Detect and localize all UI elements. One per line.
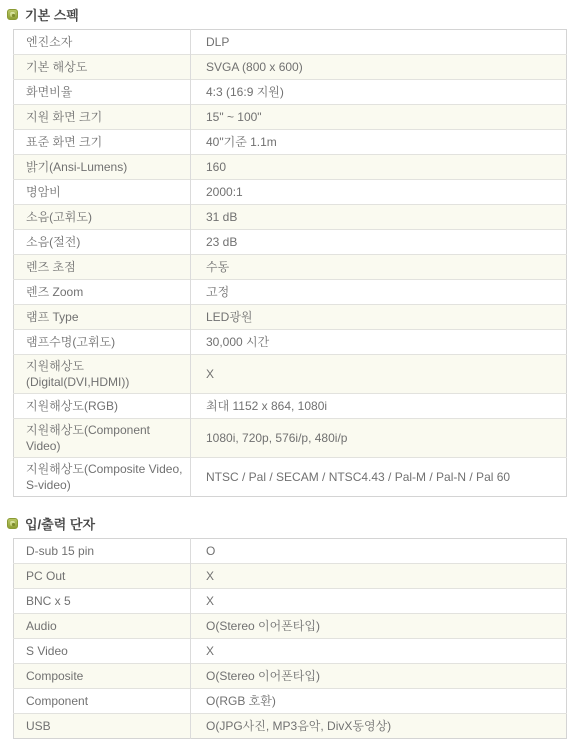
spec-label-cell: 지원해상도(Digital(DVI,HDMI)) bbox=[14, 355, 191, 394]
spec-value-cell: X bbox=[191, 355, 567, 394]
spec-value-cell: 160 bbox=[191, 155, 567, 180]
spec-label-cell: 렌즈 Zoom bbox=[14, 280, 191, 305]
spec-table-body: 엔진소자 DLP 기본 해상도 SVGA (800 x 600) 화면비율 4:… bbox=[14, 30, 567, 497]
spec-label-cell: 램프수명(고휘도) bbox=[14, 330, 191, 355]
spec-value-cell: 15" ~ 100" bbox=[191, 105, 567, 130]
table-row: Component O(RGB 호환) bbox=[14, 689, 567, 714]
sections-root: 기본 스펙 엔진소자 DLP 기본 해상도 SVGA (800 x 600) 화… bbox=[0, 0, 580, 739]
spec-value-cell: LED광원 bbox=[191, 305, 567, 330]
section-header: 기본 스펙 bbox=[7, 0, 580, 22]
spec-value-cell: 고정 bbox=[191, 280, 567, 305]
spec-value-cell: O bbox=[191, 539, 567, 564]
spec-label-cell: 지원 화면 크기 bbox=[14, 105, 191, 130]
table-row: 지원해상도(Digital(DVI,HDMI)) X bbox=[14, 355, 567, 394]
table-row: Audio O(Stereo 이어폰타입) bbox=[14, 614, 567, 639]
table-row: 기본 해상도 SVGA (800 x 600) bbox=[14, 55, 567, 80]
table-row: 화면비율 4:3 (16:9 지원) bbox=[14, 80, 567, 105]
spec-value-cell: DLP bbox=[191, 30, 567, 55]
spec-value-cell: 2000:1 bbox=[191, 180, 567, 205]
table-row: BNC x 5 X bbox=[14, 589, 567, 614]
spec-value-cell: 수동 bbox=[191, 255, 567, 280]
table-row: S Video X bbox=[14, 639, 567, 664]
table-row: 소음(고휘도) 31 dB bbox=[14, 205, 567, 230]
spec-value-cell: X bbox=[191, 639, 567, 664]
section-title: 입/출력 단자 bbox=[25, 514, 95, 533]
spec-table-body: D-sub 15 pin O PC Out X BNC x 5 X Audio … bbox=[14, 539, 567, 739]
spec-value-cell: NTSC / Pal / SECAM / NTSC4.43 / Pal-M / … bbox=[191, 458, 567, 497]
spec-section: 기본 스펙 엔진소자 DLP 기본 해상도 SVGA (800 x 600) 화… bbox=[0, 0, 580, 497]
spec-label-cell: Audio bbox=[14, 614, 191, 639]
spec-value-cell: 최대 1152 x 864, 1080i bbox=[191, 394, 567, 419]
spec-label-cell: 명암비 bbox=[14, 180, 191, 205]
table-row: 지원해상도(RGB) 최대 1152 x 864, 1080i bbox=[14, 394, 567, 419]
table-row: PC Out X bbox=[14, 564, 567, 589]
spec-table: 엔진소자 DLP 기본 해상도 SVGA (800 x 600) 화면비율 4:… bbox=[13, 29, 567, 497]
spec-label-cell: 지원해상도(Component Video) bbox=[14, 419, 191, 458]
spec-value-cell: O(Stereo 이어폰타입) bbox=[191, 614, 567, 639]
table-row: 표준 화면 크기 40"기준 1.1m bbox=[14, 130, 567, 155]
spec-value-cell: O(JPG사진, MP3음악, DivX동영상) bbox=[191, 714, 567, 739]
spec-label-cell: 기본 해상도 bbox=[14, 55, 191, 80]
spec-value-cell: O(Stereo 이어폰타입) bbox=[191, 664, 567, 689]
spec-value-cell: O(RGB 호환) bbox=[191, 689, 567, 714]
table-row: 렌즈 Zoom 고정 bbox=[14, 280, 567, 305]
section-header: 입/출력 단자 bbox=[7, 497, 580, 531]
spec-page: 기본 스펙 엔진소자 DLP 기본 해상도 SVGA (800 x 600) 화… bbox=[0, 0, 580, 745]
table-row: 엔진소자 DLP bbox=[14, 30, 567, 55]
spec-value-cell: 4:3 (16:9 지원) bbox=[191, 80, 567, 105]
section-title: 기본 스펙 bbox=[25, 5, 79, 24]
table-row: 밝기(Ansi-Lumens) 160 bbox=[14, 155, 567, 180]
table-row: 지원해상도(Composite Video, S-video) NTSC / P… bbox=[14, 458, 567, 497]
spec-label-cell: Component bbox=[14, 689, 191, 714]
spec-label-cell: S Video bbox=[14, 639, 191, 664]
spec-label-cell: 소음(고휘도) bbox=[14, 205, 191, 230]
spec-value-cell: X bbox=[191, 564, 567, 589]
spec-label-cell: 지원해상도(RGB) bbox=[14, 394, 191, 419]
spec-section: 입/출력 단자 D-sub 15 pin O PC Out X BNC x 5 … bbox=[0, 497, 580, 739]
spec-value-cell: X bbox=[191, 589, 567, 614]
table-row: Composite O(Stereo 이어폰타입) bbox=[14, 664, 567, 689]
spec-label-cell: 엔진소자 bbox=[14, 30, 191, 55]
spec-label-cell: 화면비율 bbox=[14, 80, 191, 105]
table-row: 램프 Type LED광원 bbox=[14, 305, 567, 330]
spec-value-cell: 31 dB bbox=[191, 205, 567, 230]
spec-value-cell: SVGA (800 x 600) bbox=[191, 55, 567, 80]
table-row: USB O(JPG사진, MP3음악, DivX동영상) bbox=[14, 714, 567, 739]
spec-label-cell: USB bbox=[14, 714, 191, 739]
spec-label-cell: 표준 화면 크기 bbox=[14, 130, 191, 155]
spec-value-cell: 23 dB bbox=[191, 230, 567, 255]
spec-value-cell: 1080i, 720p, 576i/p, 480i/p bbox=[191, 419, 567, 458]
spec-label-cell: Composite bbox=[14, 664, 191, 689]
spec-label-cell: 밝기(Ansi-Lumens) bbox=[14, 155, 191, 180]
table-row: 소음(절전) 23 dB bbox=[14, 230, 567, 255]
table-row: 렌즈 초점 수동 bbox=[14, 255, 567, 280]
spec-label-cell: BNC x 5 bbox=[14, 589, 191, 614]
green-square-bullet-icon bbox=[7, 518, 18, 529]
spec-table: D-sub 15 pin O PC Out X BNC x 5 X Audio … bbox=[13, 538, 567, 739]
spec-value-cell: 40"기준 1.1m bbox=[191, 130, 567, 155]
spec-label-cell: 렌즈 초점 bbox=[14, 255, 191, 280]
spec-label-cell: 소음(절전) bbox=[14, 230, 191, 255]
table-row: 램프수명(고휘도) 30,000 시간 bbox=[14, 330, 567, 355]
table-row: 지원 화면 크기 15" ~ 100" bbox=[14, 105, 567, 130]
spec-label-cell: 램프 Type bbox=[14, 305, 191, 330]
spec-label-cell: D-sub 15 pin bbox=[14, 539, 191, 564]
table-row: D-sub 15 pin O bbox=[14, 539, 567, 564]
table-row: 지원해상도(Component Video) 1080i, 720p, 576i… bbox=[14, 419, 567, 458]
spec-value-cell: 30,000 시간 bbox=[191, 330, 567, 355]
table-row: 명암비 2000:1 bbox=[14, 180, 567, 205]
spec-label-cell: 지원해상도(Composite Video, S-video) bbox=[14, 458, 191, 497]
spec-label-cell: PC Out bbox=[14, 564, 191, 589]
green-square-bullet-icon bbox=[7, 9, 18, 20]
